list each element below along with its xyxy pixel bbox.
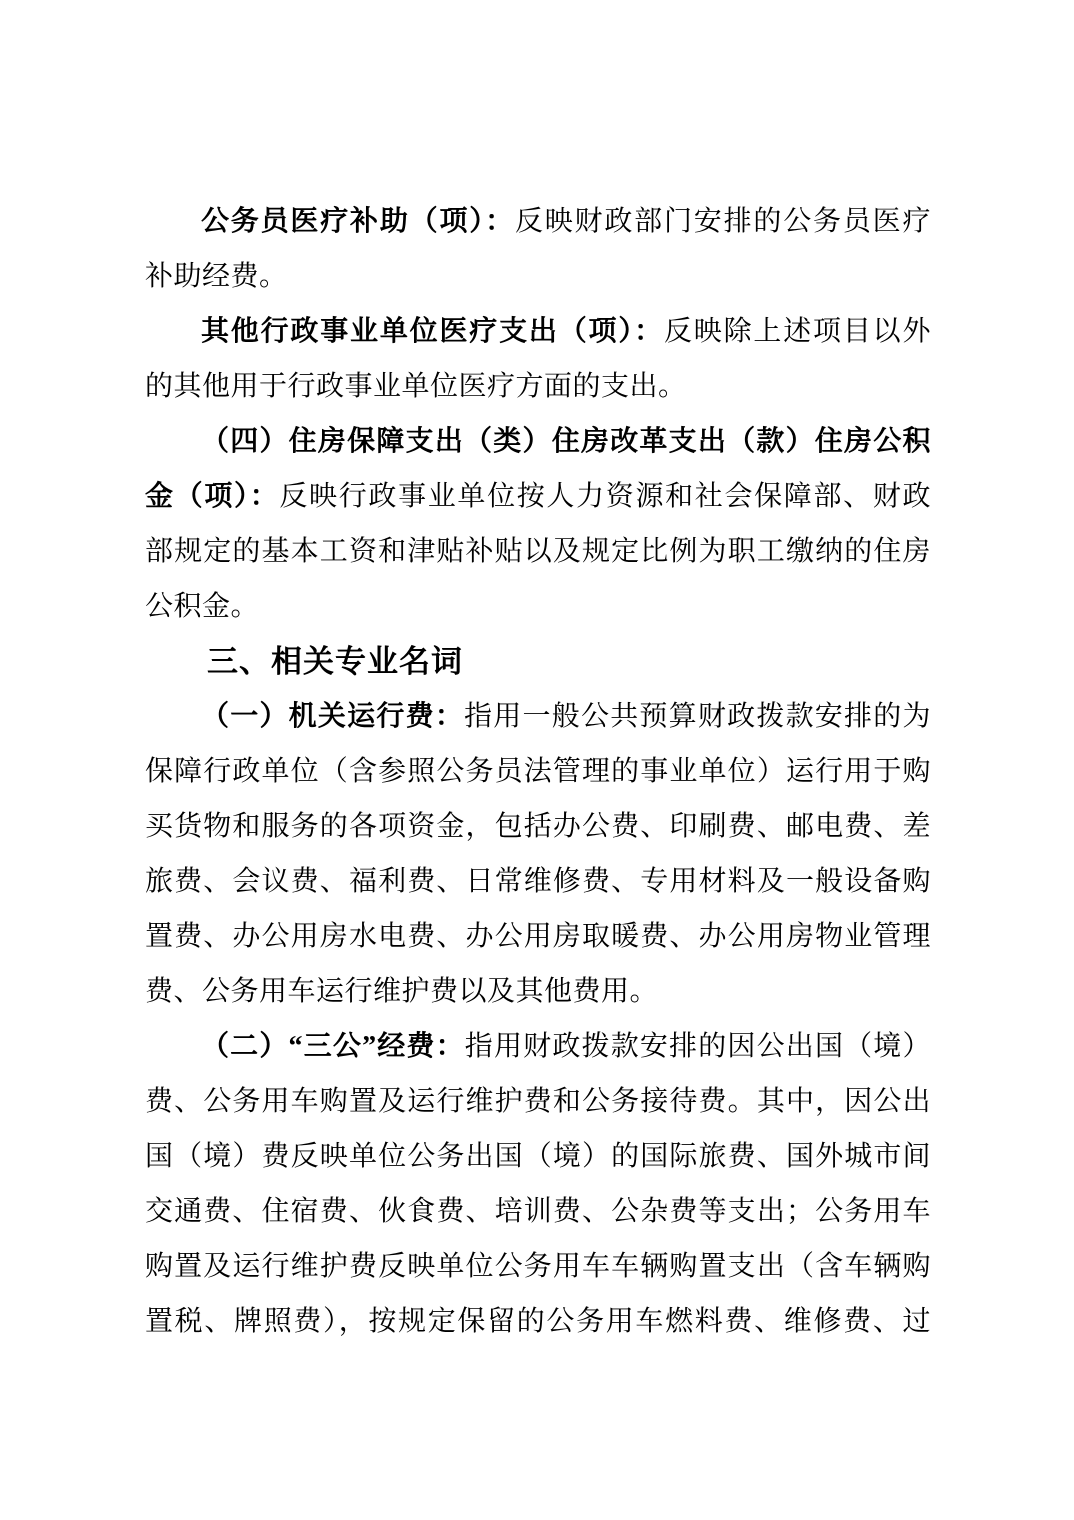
regular-text-run: 置费、办公用房水电费、办公用房取暖费、办公用房物业管理 [145, 921, 931, 952]
bold-text-run: 公务员医疗补助（项）： [201, 206, 515, 237]
text-line: 费、公务用车购置及运行维护费和公务接待费。其中，因公出 [145, 1074, 931, 1129]
text-line: 保障行政单位（含参照公务员法管理的事业单位）运行用于购 [145, 744, 931, 799]
bold-text-run: （一）机关运行费： [201, 701, 464, 732]
bold-text-run: （二）“三公”经费： [201, 1031, 465, 1062]
regular-text-run: 国（境）费反映单位公务出国（境）的国际旅费、国外城市间 [145, 1141, 931, 1172]
text-line: 交通费、住宿费、伙食费、培训费、公杂费等支出；公务用车 [145, 1184, 931, 1239]
text-line: 置费、办公用房水电费、办公用房取暖费、办公用房物业管理 [145, 909, 931, 964]
regular-text-run: 部规定的基本工资和津贴补贴以及规定比例为职工缴纳的住房 [145, 536, 931, 567]
regular-text-run: 费、公务用车购置及运行维护费和公务接待费。其中，因公出 [145, 1086, 931, 1117]
text-line: 部规定的基本工资和津贴补贴以及规定比例为职工缴纳的住房 [145, 524, 931, 579]
regular-text-run: 置税、牌照费），按规定保留的公务用车燃料费、维修费、过 [145, 1306, 931, 1337]
text-line: 国（境）费反映单位公务出国（境）的国际旅费、国外城市间 [145, 1129, 931, 1184]
paragraph: （四）住房保障支出（类）住房改革支出（款）住房公积金（项）：反映行政事业单位按人… [145, 414, 931, 634]
regular-text-run: 旅费、会议费、福利费、日常维修费、专用材料及一般设备购 [145, 866, 931, 897]
paragraph: 其他行政事业单位医疗支出（项）：反映除上述项目以外的其他用于行政事业单位医疗方面… [145, 304, 931, 414]
text-line: 购置及运行维护费反映单位公务用车车辆购置支出（含车辆购 [145, 1239, 931, 1294]
bold-text-run: 其他行政事业单位医疗支出（项）： [201, 316, 664, 347]
bold-text-run: （四）住房保障支出（类）住房改革支出（款）住房公积 [201, 426, 931, 457]
text-line: 其他行政事业单位医疗支出（项）：反映除上述项目以外 [145, 304, 931, 359]
text-line: 补助经费。 [145, 249, 931, 304]
text-line: 旅费、会议费、福利费、日常维修费、专用材料及一般设备购 [145, 854, 931, 909]
regular-text-run: 交通费、住宿费、伙食费、培训费、公杂费等支出；公务用车 [145, 1196, 931, 1227]
regular-text-run: 补助经费。 [145, 261, 288, 292]
text-line: 公积金。 [145, 579, 931, 634]
text-line: 的其他用于行政事业单位医疗方面的支出。 [145, 359, 931, 414]
section-heading: 三、相关专业名词 [145, 634, 931, 689]
text-line: （四）住房保障支出（类）住房改革支出（款）住房公积 [145, 414, 931, 469]
text-line: 买货物和服务的各项资金，包括办公费、印刷费、邮电费、差 [145, 799, 931, 854]
heading-text: 三、相关专业名词 [207, 644, 463, 679]
heading-line: 三、相关专业名词 [145, 634, 931, 689]
regular-text-run: 买货物和服务的各项资金，包括办公费、印刷费、邮电费、差 [145, 811, 931, 842]
text-line: 费、公务用车运行维护费以及其他费用。 [145, 964, 931, 1019]
regular-text-run: 的其他用于行政事业单位医疗方面的支出。 [145, 371, 687, 402]
regular-text-run: 购置及运行维护费反映单位公务用车车辆购置支出（含车辆购 [145, 1251, 931, 1282]
regular-text-run: 费、公务用车运行维护费以及其他费用。 [145, 976, 658, 1007]
text-line: （二）“三公”经费：指用财政拨款安排的因公出国（境） [145, 1019, 931, 1074]
text-line: （一）机关运行费：指用一般公共预算财政拨款安排的为 [145, 689, 931, 744]
text-line: 公务员医疗补助（项）：反映财政部门安排的公务员医疗 [145, 194, 931, 249]
regular-text-run: 公积金。 [145, 591, 259, 622]
regular-text-run: 反映除上述项目以外 [664, 316, 931, 347]
bold-text-run: 金（项）： [145, 481, 279, 512]
regular-text-run: 反映财政部门安排的公务员医疗 [515, 206, 931, 237]
regular-text-run: 保障行政单位（含参照公务员法管理的事业单位）运行用于购 [145, 756, 931, 787]
paragraph: （一）机关运行费：指用一般公共预算财政拨款安排的为保障行政单位（含参照公务员法管… [145, 689, 931, 1019]
document-page: 公务员医疗补助（项）：反映财政部门安排的公务员医疗补助经费。其他行政事业单位医疗… [0, 0, 1074, 1520]
text-line: 置税、牌照费），按规定保留的公务用车燃料费、维修费、过 [145, 1294, 931, 1349]
text-line: 金（项）：反映行政事业单位按人力资源和社会保障部、财政 [145, 469, 931, 524]
paragraph: （二）“三公”经费：指用财政拨款安排的因公出国（境）费、公务用车购置及运行维护费… [145, 1019, 931, 1349]
regular-text-run: 指用财政拨款安排的因公出国（境） [465, 1031, 931, 1062]
regular-text-run: 反映行政事业单位按人力资源和社会保障部、财政 [279, 481, 931, 512]
document-text-block: 公务员医疗补助（项）：反映财政部门安排的公务员医疗补助经费。其他行政事业单位医疗… [145, 194, 931, 1349]
regular-text-run: 指用一般公共预算财政拨款安排的为 [464, 701, 931, 732]
paragraph: 公务员医疗补助（项）：反映财政部门安排的公务员医疗补助经费。 [145, 194, 931, 304]
